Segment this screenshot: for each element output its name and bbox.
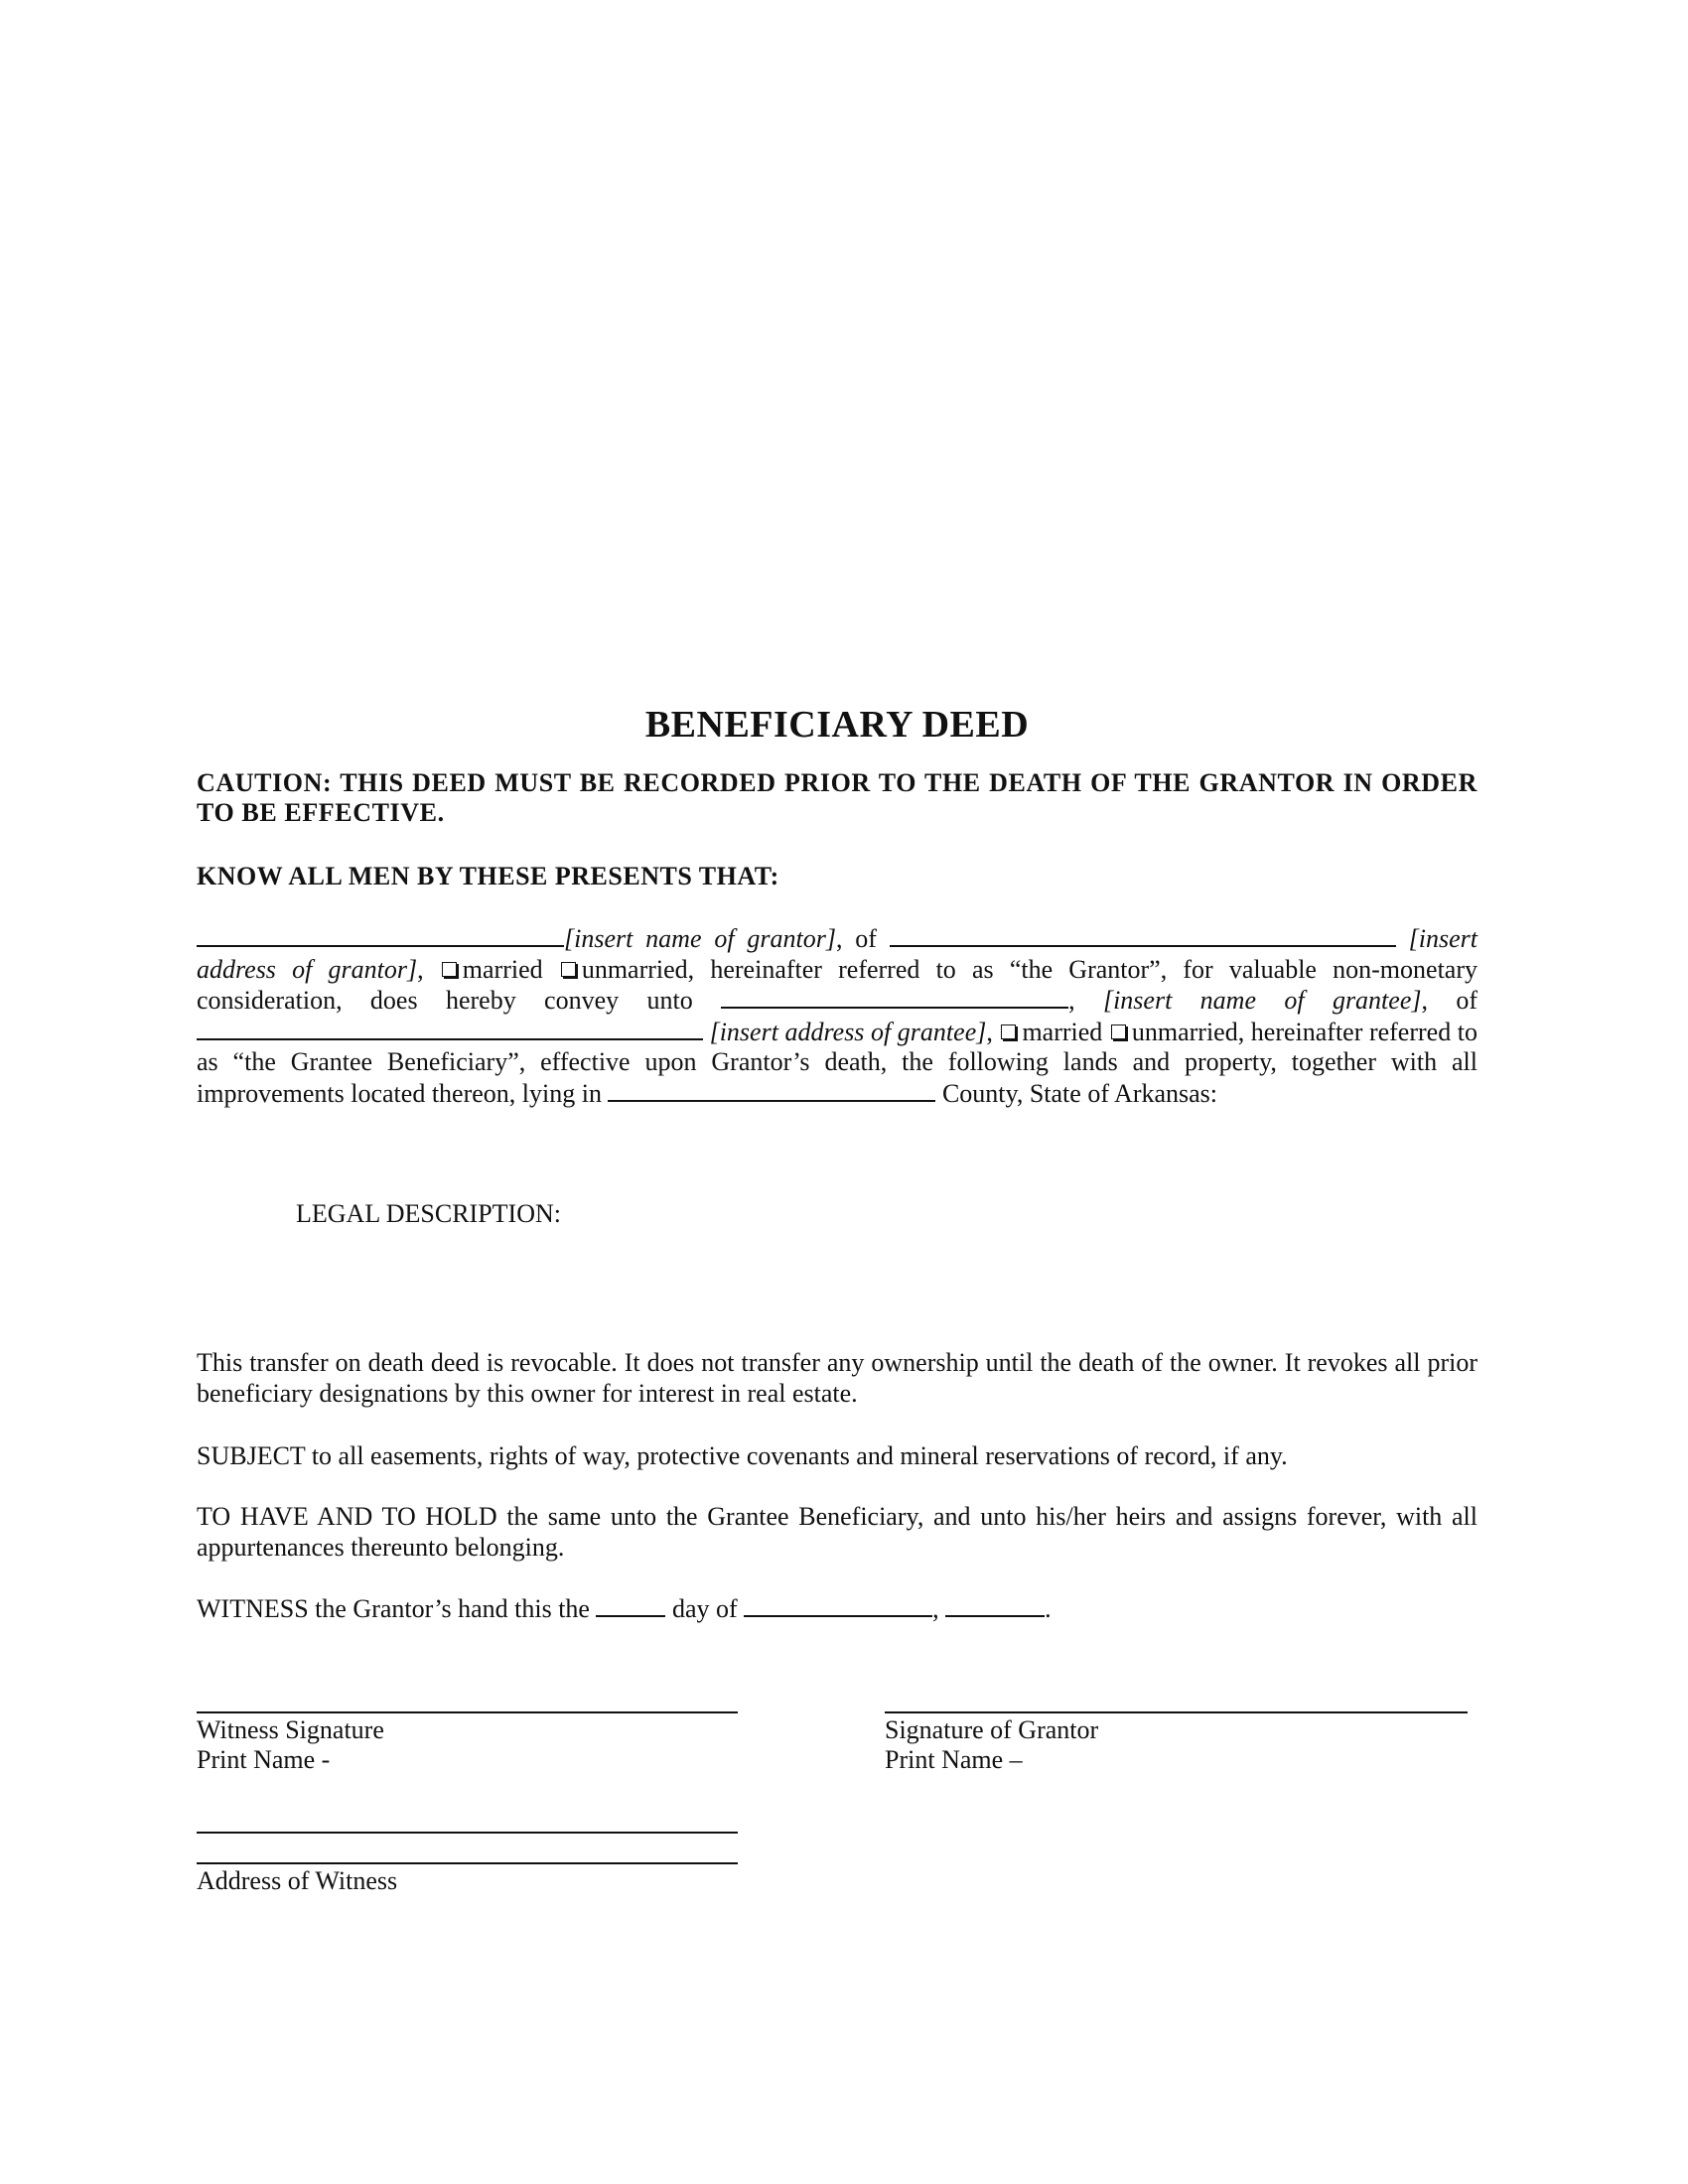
grantee-name-hint: [insert name of grantee] (1103, 986, 1422, 1015)
witness-clause: WITNESS the Grantor’s hand this the day … (197, 1593, 1477, 1624)
grantee-unmarried-checkbox[interactable] (1111, 1024, 1126, 1039)
witness-signature-line[interactable] (197, 1711, 738, 1713)
habendum-paragraph: TO HAVE AND TO HOLD the same unto the Gr… (197, 1501, 1477, 1563)
year-field[interactable] (945, 1593, 1045, 1617)
grantor-address-field[interactable] (890, 923, 1396, 947)
witness-signature-block: Witness Signature Print Name - (197, 1715, 384, 1775)
revocable-paragraph: This transfer on death deed is revocable… (197, 1347, 1477, 1409)
legal-description-label: LEGAL DESCRIPTION: (296, 1199, 561, 1229)
grantor-signature-line[interactable] (885, 1711, 1468, 1713)
grantor-name-hint: [insert name of grantor] (564, 924, 836, 953)
grantor-signature-block: Signature of Grantor Print Name – (885, 1715, 1098, 1775)
witness-address-line-2[interactable] (197, 1862, 738, 1864)
month-field[interactable] (744, 1593, 932, 1617)
conveyance-paragraph: [insert name of grantor], of [insert add… (197, 923, 1477, 1109)
witness-address-line-1[interactable] (197, 1832, 738, 1834)
grantee-name-field[interactable] (721, 985, 1068, 1009)
day-field[interactable] (596, 1593, 665, 1617)
grantee-address-hint: [insert address of grantee] (710, 1018, 987, 1046)
grantor-married-checkbox[interactable] (442, 962, 457, 977)
subject-paragraph: SUBJECT to all easements, rights of way,… (197, 1440, 1477, 1471)
witness-signature-label: Witness Signature (197, 1715, 384, 1745)
witness-address-label: Address of Witness (197, 1866, 397, 1896)
grantor-unmarried-checkbox[interactable] (561, 962, 576, 977)
caution-notice: CAUTION: THIS DEED MUST BE RECORDED PRIO… (197, 768, 1477, 828)
county-field[interactable] (608, 1078, 935, 1102)
grantor-name-field[interactable] (197, 923, 564, 947)
grantee-married-checkbox[interactable] (1001, 1024, 1016, 1039)
grantor-print-name: Print Name – (885, 1745, 1098, 1775)
document-title: BENEFICIARY DEED (197, 703, 1477, 747)
preamble: KNOW ALL MEN BY THESE PRESENTS THAT: (197, 862, 779, 891)
witness-print-name: Print Name - (197, 1745, 384, 1775)
grantor-signature-label: Signature of Grantor (885, 1715, 1098, 1745)
grantee-address-field[interactable] (197, 1017, 703, 1040)
